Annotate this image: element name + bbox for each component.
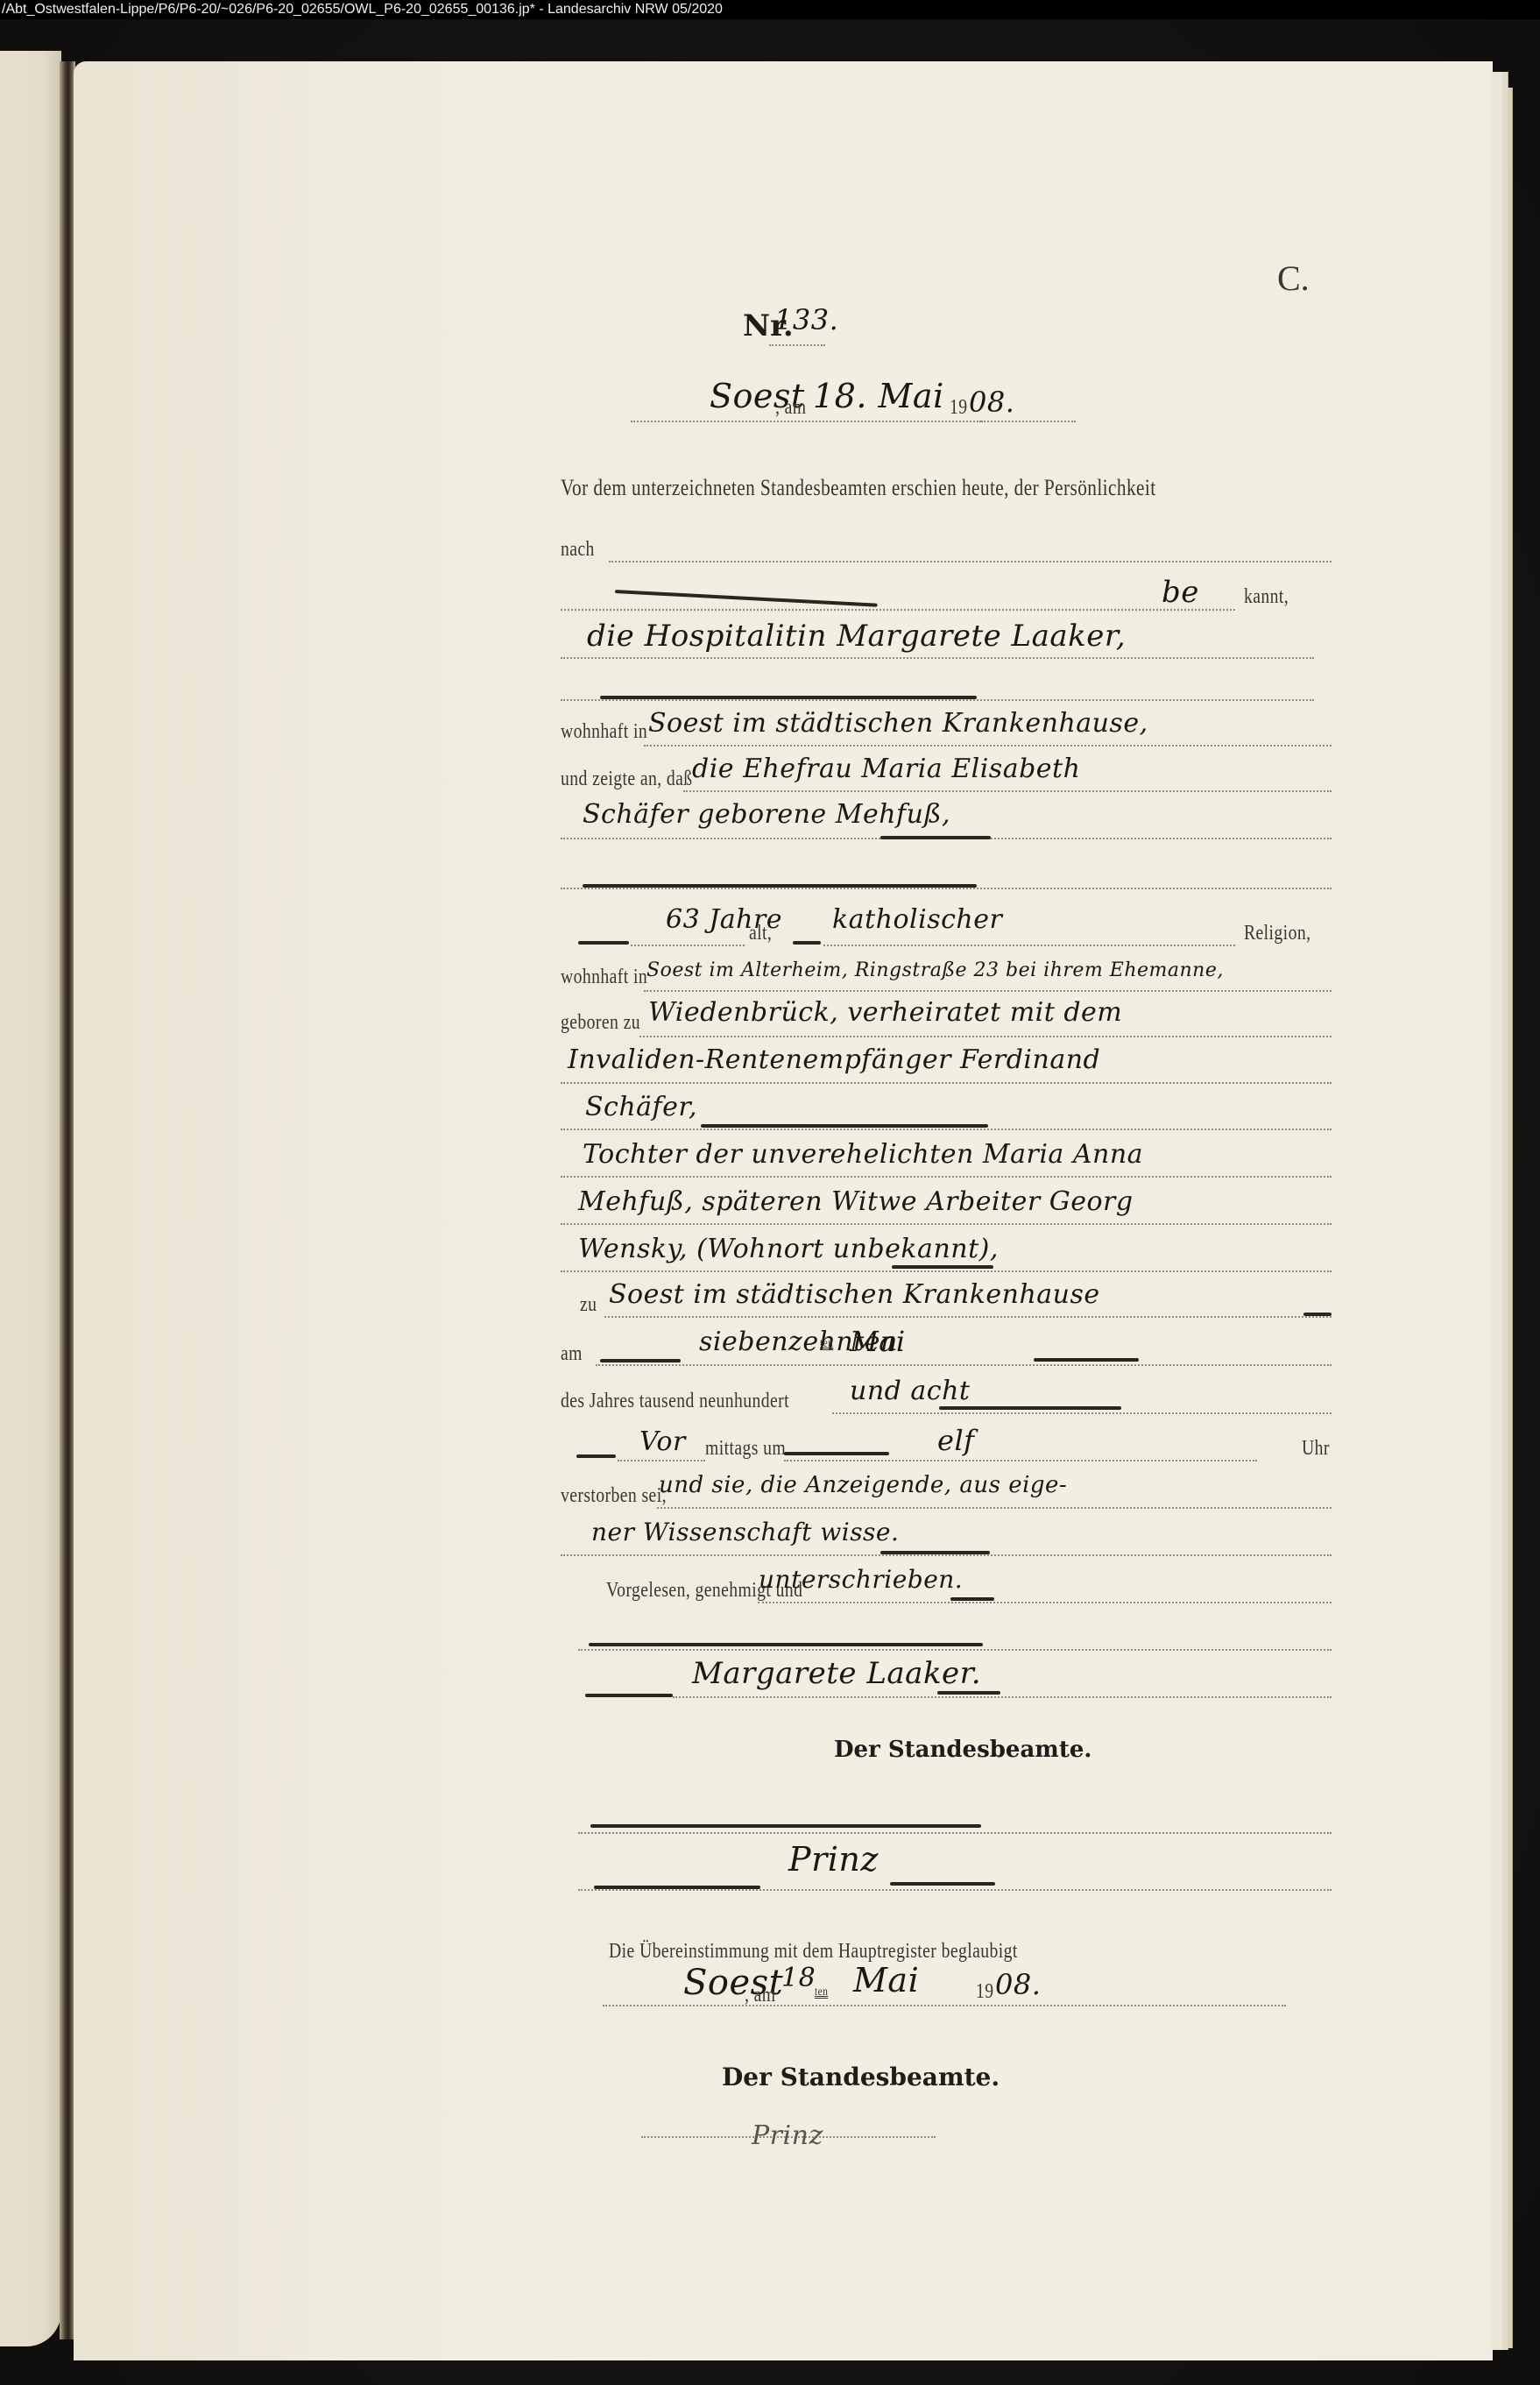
geboren-dotted-line	[639, 1036, 1332, 1037]
deceased-birthplace: Wiedenbrück, verheiratet mit dem	[648, 997, 1122, 1028]
uhr-label: Uhr	[1302, 1437, 1330, 1461]
spouse-dotted-line-2	[561, 1129, 1332, 1130]
ten-label: ten	[820, 1337, 833, 1351]
fill-stroke	[585, 1694, 673, 1697]
cert-year-prefix: 19	[976, 1980, 994, 2004]
parents-dotted-line-2	[561, 1223, 1332, 1225]
cert-am-label: , am	[745, 1984, 776, 2007]
deceased-residence: Soest im Alterheim, Ringstraße 23 bei ih…	[646, 959, 1224, 981]
vor-dotted-line	[618, 1460, 705, 1461]
parents-dotted-line-3	[561, 1270, 1332, 1272]
fill-stroke	[590, 1824, 981, 1828]
blank-dotted-line	[578, 1832, 1332, 1834]
record-date: 18. Mai	[813, 377, 944, 415]
mittags-label: mittags um	[705, 1437, 786, 1461]
form-letter: C.	[1277, 258, 1310, 299]
registrar-signature: Prinz	[788, 1840, 879, 1879]
vor-value: Vor	[639, 1426, 686, 1457]
registrar-dotted-line	[578, 1889, 1332, 1891]
informant-name: die Hospitalitin Margarete Laaker,	[587, 619, 1126, 654]
void-stroke	[615, 590, 878, 607]
cert-month: Mai	[853, 1961, 919, 1999]
wohnhaft2-label: wohnhaft in	[561, 966, 647, 989]
page-edge	[1508, 88, 1513, 2348]
kannt-handwritten: be	[1162, 575, 1199, 610]
informant-dotted-line	[561, 657, 1314, 659]
blank-dotted-line	[561, 699, 1314, 701]
registrar-heading: Der Standesbeamte.	[834, 1737, 1091, 1763]
place-dotted-line	[631, 421, 981, 422]
wohnhaft2-dotted-line	[644, 990, 1332, 992]
fill-stroke	[600, 1359, 681, 1362]
fill-stroke	[1034, 1358, 1139, 1362]
registrar-heading-2: Der Standesbeamte.	[722, 2063, 1000, 2091]
spouse-line-2: Schäfer,	[585, 1092, 697, 1122]
spouse-line-1: Invaliden-Rentenempfänger Ferdinand	[568, 1044, 1100, 1075]
parents-dotted-line-1	[561, 1176, 1332, 1178]
fill-stroke	[880, 836, 991, 839]
window-title: /Abt_Ostwestfalen-Lippe/P6/P6-20/~026/P6…	[2, 2, 723, 17]
age-dotted-line	[631, 945, 745, 946]
religion-dotted-line	[823, 945, 1235, 946]
year-suffix: 08.	[969, 386, 1014, 419]
fill-stroke	[880, 1551, 990, 1554]
deceased-line-2: Schäfer geborene Mehfuß,	[583, 799, 950, 830]
fill-stroke	[950, 1597, 994, 1601]
deceased-line-1: die Ehefrau Maria Elisabeth	[692, 754, 1080, 784]
death-year-words: und acht	[850, 1376, 970, 1406]
death-place: Soest im städtischen Krankenhause	[609, 1279, 1100, 1310]
fill-stroke	[589, 1643, 983, 1646]
zu-label: zu	[580, 1293, 597, 1317]
cert-dotted-line	[603, 2005, 1286, 2006]
year-prefix: 19	[950, 396, 968, 420]
fill-stroke	[701, 1124, 988, 1128]
alt-label: alt,	[749, 922, 772, 945]
parents-line-1: Tochter der unverehelichten Maria Anna	[583, 1139, 1143, 1170]
fill-stroke	[890, 1882, 995, 1886]
hour-value: elf	[937, 1424, 975, 1457]
am-day-label: am	[561, 1342, 583, 1366]
zu-dotted-line	[604, 1316, 1332, 1318]
wohnhaft-label: wohnhaft in	[561, 720, 647, 744]
window-title-bar: /Abt_Ostwestfalen-Lippe/P6/P6-20/~026/P6…	[0, 0, 1540, 19]
informant-signature: Margarete Laaker.	[692, 1656, 981, 1691]
blank-dotted-line	[561, 888, 1332, 889]
remark-dotted-line	[561, 1554, 1332, 1556]
parents-line-2: Mehfuß, späteren Witwe Arbeiter Georg	[578, 1186, 1134, 1217]
jahres-label: des Jahres tausend neunhundert	[561, 1390, 789, 1413]
cert-day: 18	[781, 1963, 816, 1993]
date-dotted-line	[981, 421, 1076, 422]
registrar-signature-2: Prinz	[752, 2120, 823, 2151]
remark-line-1: und sie, die Anzeigende, aus eige-	[659, 1472, 1067, 1498]
left-page	[0, 51, 61, 2346]
fill-stroke	[576, 1454, 616, 1458]
informant-residence: Soest im städtischen Krankenhause,	[648, 708, 1148, 739]
wohnhaft-dotted-line	[644, 745, 1332, 747]
fill-stroke	[892, 1265, 993, 1269]
cert-year-suffix: 08.	[995, 1968, 1041, 2001]
parents-line-3: Wensky, (Wohnort unbekannt),	[578, 1234, 999, 1264]
jahres-dotted-line	[832, 1412, 1332, 1414]
zeigte-label: und zeigte an, daß	[561, 768, 693, 791]
verstorben-label: verstorben sei,	[561, 1484, 667, 1508]
certification-text: Die Übereinstimmung mit dem Hauptregiste…	[609, 1940, 1018, 1964]
remark-line-2: ner Wissenschaft wisse.	[591, 1518, 899, 1546]
kannt-label: kannt,	[1244, 585, 1289, 609]
verstorben-dotted-line	[657, 1507, 1332, 1509]
vorgelesen-value: unterschrieben.	[759, 1565, 963, 1594]
blank-dotted-line	[578, 1649, 1332, 1651]
kannt-dotted-line	[561, 609, 1235, 611]
fill-stroke	[793, 941, 821, 945]
death-month: Mai	[850, 1325, 906, 1358]
fill-stroke	[939, 1406, 1121, 1410]
am-dotted-line	[596, 1364, 1332, 1366]
fill-stroke	[578, 941, 629, 945]
nach-dotted-line	[609, 561, 1332, 563]
am-label: , am	[775, 396, 807, 420]
zeigte-dotted-line	[683, 790, 1332, 792]
spouse-dotted-line	[561, 1082, 1332, 1084]
fill-stroke	[1303, 1313, 1332, 1316]
record-number: 133.	[774, 303, 838, 336]
nach-label: nach	[561, 538, 595, 562]
religion-label: Religion,	[1244, 922, 1310, 945]
fill-stroke	[937, 1691, 1000, 1695]
geboren-label: geboren zu	[561, 1011, 640, 1035]
death-record-form: C. Nr. 133. Soest , am 18. Mai 19 08. Vo…	[561, 245, 1332, 2173]
signature-dotted-line	[673, 1696, 1332, 1698]
cert-ten-label: ten	[815, 1985, 828, 1999]
number-dotted-line	[769, 344, 825, 346]
fill-stroke	[784, 1452, 889, 1455]
deceased-religion: katholischer	[832, 904, 1002, 935]
hour-dotted-line	[784, 1460, 1257, 1461]
intro-text: Vor dem unterzeichneten Standesbeamten e…	[561, 475, 1156, 501]
vorgelesen-dotted-line	[758, 1602, 1332, 1603]
